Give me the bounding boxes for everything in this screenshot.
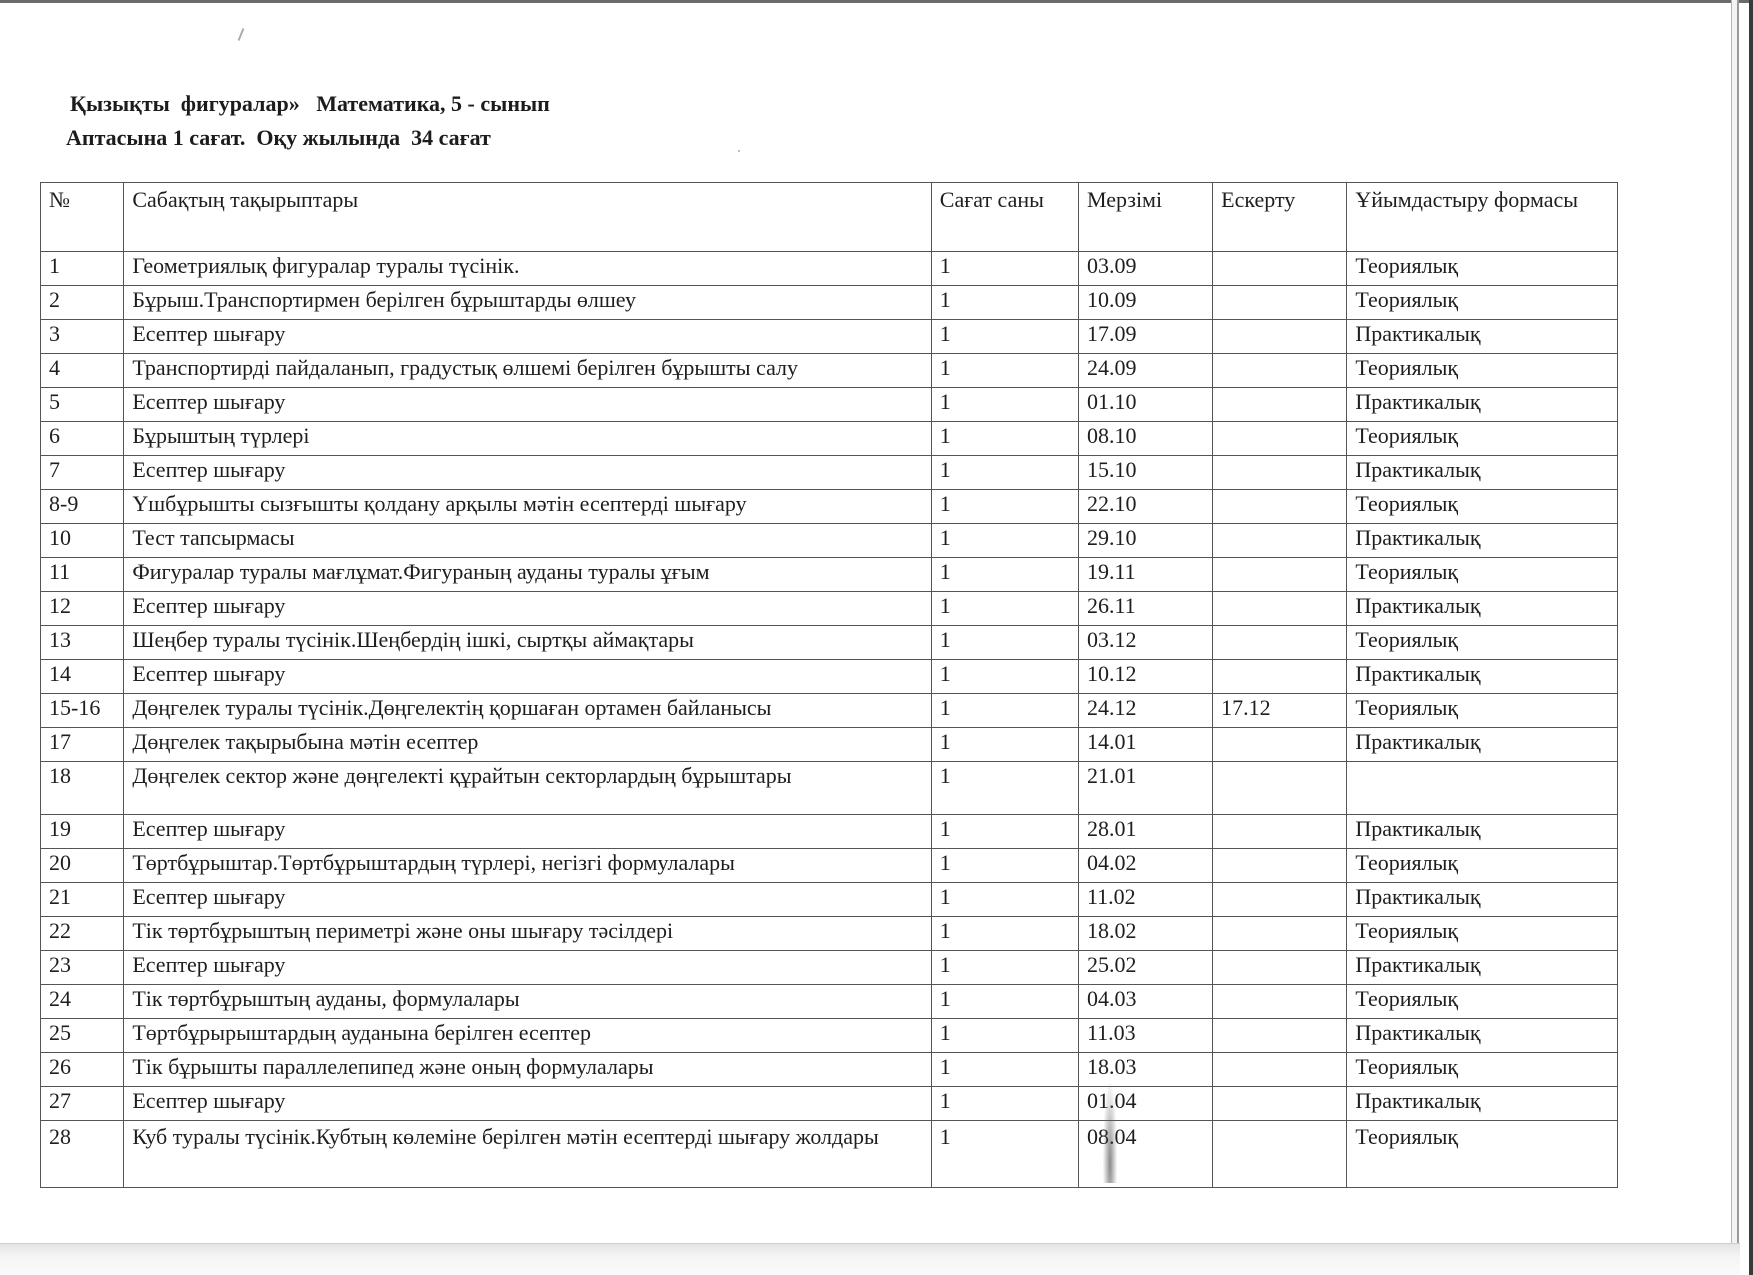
row-number: 15-16	[41, 694, 124, 728]
row-topic: Тік төртбұрыштың периметрі және оны шыға…	[124, 917, 931, 951]
row-number: 24	[41, 985, 124, 1019]
header-note: Ескерту	[1213, 183, 1347, 252]
row-hours: 1	[931, 883, 1078, 917]
row-number: 11	[41, 558, 124, 592]
row-date: 08.10	[1078, 422, 1212, 456]
row-date: 11.03	[1078, 1019, 1212, 1053]
row-hours: 1	[931, 422, 1078, 456]
row-form: Практикалық	[1347, 951, 1618, 985]
table-row: 24Тік төртбұрыштың ауданы, формулалары10…	[41, 985, 1618, 1019]
row-date: 24.09	[1078, 354, 1212, 388]
row-number: 27	[41, 1087, 124, 1121]
row-date: 15.10	[1078, 456, 1212, 490]
row-note	[1213, 592, 1347, 626]
table-row: 18Дөңгелек сектор және дөңгелекті құрайт…	[41, 762, 1618, 815]
row-form: Теориялық	[1347, 558, 1618, 592]
row-number: 26	[41, 1053, 124, 1087]
row-date: 24.12	[1078, 694, 1212, 728]
row-form: Практикалық	[1347, 320, 1618, 354]
row-date: 26.11	[1078, 592, 1212, 626]
row-date: 08.04	[1078, 1121, 1212, 1188]
lesson-plan-table: № Сабақтың тақырыптары Сағат саны Мерзім…	[40, 182, 1618, 1188]
row-hours: 1	[931, 286, 1078, 320]
row-note	[1213, 354, 1347, 388]
row-date: 19.11	[1078, 558, 1212, 592]
row-form: Теориялық	[1347, 626, 1618, 660]
header-date: Мерзімі	[1078, 183, 1212, 252]
row-topic: Есептер шығару	[124, 1087, 931, 1121]
row-note: 17.12	[1213, 694, 1347, 728]
row-topic: Дөңгелек сектор және дөңгелекті құрайтын…	[124, 762, 931, 815]
row-date: 04.02	[1078, 849, 1212, 883]
row-hours: 1	[931, 694, 1078, 728]
row-number: 21	[41, 883, 124, 917]
row-note	[1213, 1053, 1347, 1087]
row-topic: Дөңгелек тақырыбына мәтін есептер	[124, 728, 931, 762]
row-hours: 1	[931, 951, 1078, 985]
table-row: 1Геометриялық фигуралар туралы түсінік.1…	[41, 252, 1618, 286]
row-topic: Куб туралы түсінік.Кубтың көлеміне беріл…	[124, 1121, 931, 1188]
row-note	[1213, 320, 1347, 354]
row-note	[1213, 456, 1347, 490]
row-number: 4	[41, 354, 124, 388]
row-number: 25	[41, 1019, 124, 1053]
row-hours: 1	[931, 815, 1078, 849]
row-number: 17	[41, 728, 124, 762]
ink-smudge	[1103, 1083, 1117, 1183]
row-topic: Есептер шығару	[124, 592, 931, 626]
row-number: 1	[41, 252, 124, 286]
row-hours: 1	[931, 388, 1078, 422]
scan-page-right-edge	[1731, 0, 1739, 1245]
row-number: 7	[41, 456, 124, 490]
row-hours: 1	[931, 660, 1078, 694]
row-form: Теориялық	[1347, 985, 1618, 1019]
table-row: 19Есептер шығару128.01Практикалық	[41, 815, 1618, 849]
row-number: 6	[41, 422, 124, 456]
row-date: 14.01	[1078, 728, 1212, 762]
row-topic: Геометриялық фигуралар туралы түсінік.	[124, 252, 931, 286]
row-form: Практикалық	[1347, 815, 1618, 849]
row-form: Практикалық	[1347, 883, 1618, 917]
row-number: 8-9	[41, 490, 124, 524]
row-hours: 1	[931, 917, 1078, 951]
row-hours: 1	[931, 524, 1078, 558]
header-form: Ұйымдастыру формасы	[1347, 183, 1618, 252]
table-row: 3Есептер шығару117.09Практикалық	[41, 320, 1618, 354]
row-topic: Үшбұрышты сызғышты қолдану арқылы мәтін …	[124, 490, 931, 524]
row-hours: 1	[931, 985, 1078, 1019]
row-number: 22	[41, 917, 124, 951]
row-form: Теориялық	[1347, 917, 1618, 951]
table-row: 15-16Дөңгелек туралы түсінік.Дөңгелектің…	[41, 694, 1618, 728]
row-form: Практикалық	[1347, 456, 1618, 490]
row-hours: 1	[931, 490, 1078, 524]
table-row: 2Бұрыш.Транспортирмен берілген бұрыштард…	[41, 286, 1618, 320]
row-number: 10	[41, 524, 124, 558]
row-note	[1213, 660, 1347, 694]
row-form: Практикалық	[1347, 660, 1618, 694]
row-topic: Есептер шығару	[124, 456, 931, 490]
row-date: 11.02	[1078, 883, 1212, 917]
row-hours: 1	[931, 849, 1078, 883]
row-note	[1213, 951, 1347, 985]
row-note	[1213, 422, 1347, 456]
row-topic: Тік бұрышты параллелепипед және оның фор…	[124, 1053, 931, 1087]
row-note	[1213, 524, 1347, 558]
table-row: 22Тік төртбұрыштың периметрі және оны шы…	[41, 917, 1618, 951]
table-row: 7Есептер шығару115.10Практикалық	[41, 456, 1618, 490]
row-topic: Фигуралар туралы мағлұмат.Фигураның ауда…	[124, 558, 931, 592]
row-note	[1213, 1121, 1347, 1188]
row-note	[1213, 762, 1347, 815]
table-row: 8-9Үшбұрышты сызғышты қолдану арқылы мәт…	[41, 490, 1618, 524]
row-number: 12	[41, 592, 124, 626]
row-note	[1213, 490, 1347, 524]
row-topic: Тік төртбұрыштың ауданы, формулалары	[124, 985, 931, 1019]
row-date: 04.03	[1078, 985, 1212, 1019]
row-number: 13	[41, 626, 124, 660]
row-number: 14	[41, 660, 124, 694]
row-date: 03.12	[1078, 626, 1212, 660]
row-number: 3	[41, 320, 124, 354]
row-note	[1213, 985, 1347, 1019]
table-row: 26Тік бұрышты параллелепипед және оның ф…	[41, 1053, 1618, 1087]
row-number: 20	[41, 849, 124, 883]
row-number: 19	[41, 815, 124, 849]
row-date: 18.02	[1078, 917, 1212, 951]
row-date: 25.02	[1078, 951, 1212, 985]
row-form: Практикалық	[1347, 388, 1618, 422]
row-form: Теориялық	[1347, 849, 1618, 883]
row-note	[1213, 626, 1347, 660]
row-number: 28	[41, 1121, 124, 1188]
scan-top-edge	[0, 0, 1753, 3]
row-note	[1213, 917, 1347, 951]
row-form: Теориялық	[1347, 422, 1618, 456]
table-row: 17Дөңгелек тақырыбына мәтін есептер114.0…	[41, 728, 1618, 762]
row-hours: 1	[931, 320, 1078, 354]
table-row: 20Төртбұрыштар.Төртбұрыштардың түрлері, …	[41, 849, 1618, 883]
row-form: Теориялық	[1347, 694, 1618, 728]
row-topic: Есептер шығару	[124, 388, 931, 422]
table-row: 13Шеңбер туралы түсінік.Шеңбердің ішкі, …	[41, 626, 1618, 660]
row-form: Теориялық	[1347, 286, 1618, 320]
row-date: 17.09	[1078, 320, 1212, 354]
header-number: №	[41, 183, 124, 252]
row-note	[1213, 252, 1347, 286]
table-row: 23Есептер шығару125.02Практикалық	[41, 951, 1618, 985]
row-topic: Есептер шығару	[124, 951, 931, 985]
table-row: 12Есептер шығару126.11Практикалық	[41, 592, 1618, 626]
table-row: 10Тест тапсырмасы129.10Практикалық	[41, 524, 1618, 558]
row-note	[1213, 286, 1347, 320]
row-hours: 1	[931, 456, 1078, 490]
row-topic: Бұрыштың түрлері	[124, 422, 931, 456]
table-row: 6Бұрыштың түрлері108.10Теориялық	[41, 422, 1618, 456]
row-date: 22.10	[1078, 490, 1212, 524]
row-hours: 1	[931, 1087, 1078, 1121]
row-form: Практикалық	[1347, 1087, 1618, 1121]
header-topic: Сабақтың тақырыптары	[124, 183, 931, 252]
row-topic: Төртбұрырыштардың ауданына берілген есеп…	[124, 1019, 931, 1053]
pen-mark	[238, 28, 245, 41]
row-note	[1213, 728, 1347, 762]
row-hours: 1	[931, 626, 1078, 660]
row-hours: 1	[931, 558, 1078, 592]
row-number: 5	[41, 388, 124, 422]
row-topic: Шеңбер туралы түсінік.Шеңбердің ішкі, сы…	[124, 626, 931, 660]
header-hours: Сағат саны	[931, 183, 1078, 252]
row-date: 28.01	[1078, 815, 1212, 849]
row-topic: Дөңгелек туралы түсінік.Дөңгелектің қорш…	[124, 694, 931, 728]
table-row: 28Куб туралы түсінік.Кубтың көлеміне бер…	[41, 1121, 1618, 1188]
scan-speck	[738, 150, 740, 152]
row-form: Практикалық	[1347, 1019, 1618, 1053]
table-row: 14Есептер шығару110.12Практикалық	[41, 660, 1618, 694]
scan-page-bottom-edge	[0, 1243, 1740, 1275]
row-topic: Төртбұрыштар.Төртбұрыштардың түрлері, не…	[124, 849, 931, 883]
row-number: 23	[41, 951, 124, 985]
document-subtitle: Аптасына 1 сағат. Оқу жылында 34 сағат	[66, 125, 491, 151]
row-date: 03.09	[1078, 252, 1212, 286]
row-date: 10.09	[1078, 286, 1212, 320]
row-hours: 1	[931, 1121, 1078, 1188]
row-number: 2	[41, 286, 124, 320]
table-row: 11Фигуралар туралы мағлұмат.Фигураның ау…	[41, 558, 1618, 592]
row-form: Теориялық	[1347, 252, 1618, 286]
row-form: Теориялық	[1347, 354, 1618, 388]
row-hours: 1	[931, 762, 1078, 815]
row-note	[1213, 1087, 1347, 1121]
row-form: Теориялық	[1347, 1121, 1618, 1188]
row-form: Практикалық	[1347, 524, 1618, 558]
row-date: 01.10	[1078, 388, 1212, 422]
table-row: 4Транспортирді пайдаланып, градустық өлш…	[41, 354, 1618, 388]
row-note	[1213, 558, 1347, 592]
row-note	[1213, 815, 1347, 849]
row-form: Практикалық	[1347, 592, 1618, 626]
row-date: 01.04	[1078, 1087, 1212, 1121]
row-topic: Бұрыш.Транспортирмен берілген бұрыштарды…	[124, 286, 931, 320]
row-hours: 1	[931, 252, 1078, 286]
scan-border-right	[1749, 0, 1753, 1275]
row-note	[1213, 1019, 1347, 1053]
row-note	[1213, 849, 1347, 883]
row-topic: Есептер шығару	[124, 320, 931, 354]
row-form: Теориялық	[1347, 490, 1618, 524]
table-row: 21Есептер шығару111.02Практикалық	[41, 883, 1618, 917]
row-note	[1213, 883, 1347, 917]
row-topic: Есептер шығару	[124, 815, 931, 849]
table-row: 27Есептер шығару101.04Практикалық	[41, 1087, 1618, 1121]
row-note	[1213, 388, 1347, 422]
row-form: Теориялық	[1347, 1053, 1618, 1087]
row-date: 21.01	[1078, 762, 1212, 815]
row-topic: Есептер шығару	[124, 883, 931, 917]
row-hours: 1	[931, 1053, 1078, 1087]
row-hours: 1	[931, 1019, 1078, 1053]
table-header-row: № Сабақтың тақырыптары Сағат саны Мерзім…	[41, 183, 1618, 252]
row-topic: Транспортирді пайдаланып, градустық өлше…	[124, 354, 931, 388]
row-topic: Тест тапсырмасы	[124, 524, 931, 558]
table-row: 5Есептер шығару101.10Практикалық	[41, 388, 1618, 422]
table-row: 25Төртбұрырыштардың ауданына берілген ес…	[41, 1019, 1618, 1053]
row-date: 18.03	[1078, 1053, 1212, 1087]
row-hours: 1	[931, 728, 1078, 762]
document-title: Қызықты фигуралар» Математика, 5 - сынып	[70, 91, 550, 117]
row-date: 10.12	[1078, 660, 1212, 694]
row-number: 18	[41, 762, 124, 815]
row-hours: 1	[931, 592, 1078, 626]
row-topic: Есептер шығару	[124, 660, 931, 694]
row-form	[1347, 762, 1618, 815]
row-hours: 1	[931, 354, 1078, 388]
row-form: Практикалық	[1347, 728, 1618, 762]
row-date: 29.10	[1078, 524, 1212, 558]
